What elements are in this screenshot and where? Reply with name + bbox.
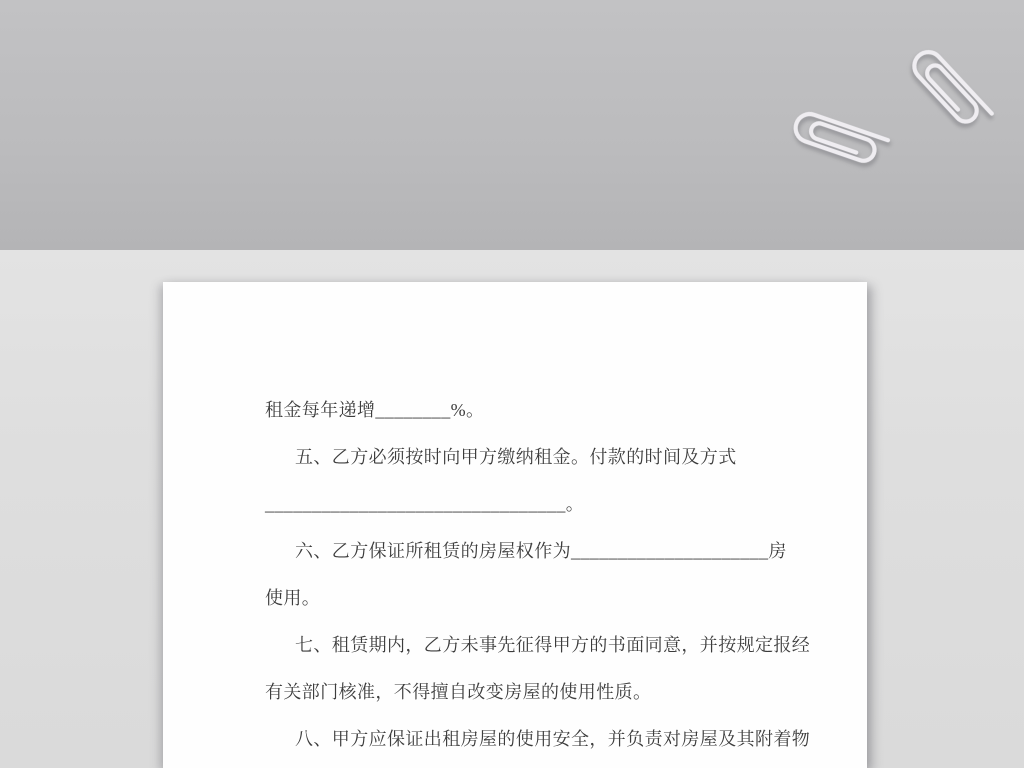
contract-line: 有关部门核准，不得擅自改变房屋的使用性质。 xyxy=(265,669,797,716)
contract-line: ________________________________。 xyxy=(265,481,797,528)
document-page: 租金每年递增________%。 五、乙方必须按时向甲方缴纳租金。付款的时间及方… xyxy=(163,282,867,768)
contract-line: 五、乙方必须按时向甲方缴纳租金。付款的时间及方式 xyxy=(265,434,797,481)
contract-line: 八、甲方应保证出租房屋的使用安全，并负责对房屋及其附着物 xyxy=(265,716,797,763)
stock-photo-canvas: 租金每年递增________%。 五、乙方必须按时向甲方缴纳租金。付款的时间及方… xyxy=(0,0,1024,768)
contract-line: 使用。 xyxy=(265,575,797,622)
contract-line: 六、乙方保证所租赁的房屋权作为_____________________房 xyxy=(265,528,797,575)
contract-line: 七、租赁期内，乙方未事先征得甲方的书面同意，并按规定报经 xyxy=(265,622,797,669)
contract-line: 租金每年递增________%。 xyxy=(265,387,797,434)
